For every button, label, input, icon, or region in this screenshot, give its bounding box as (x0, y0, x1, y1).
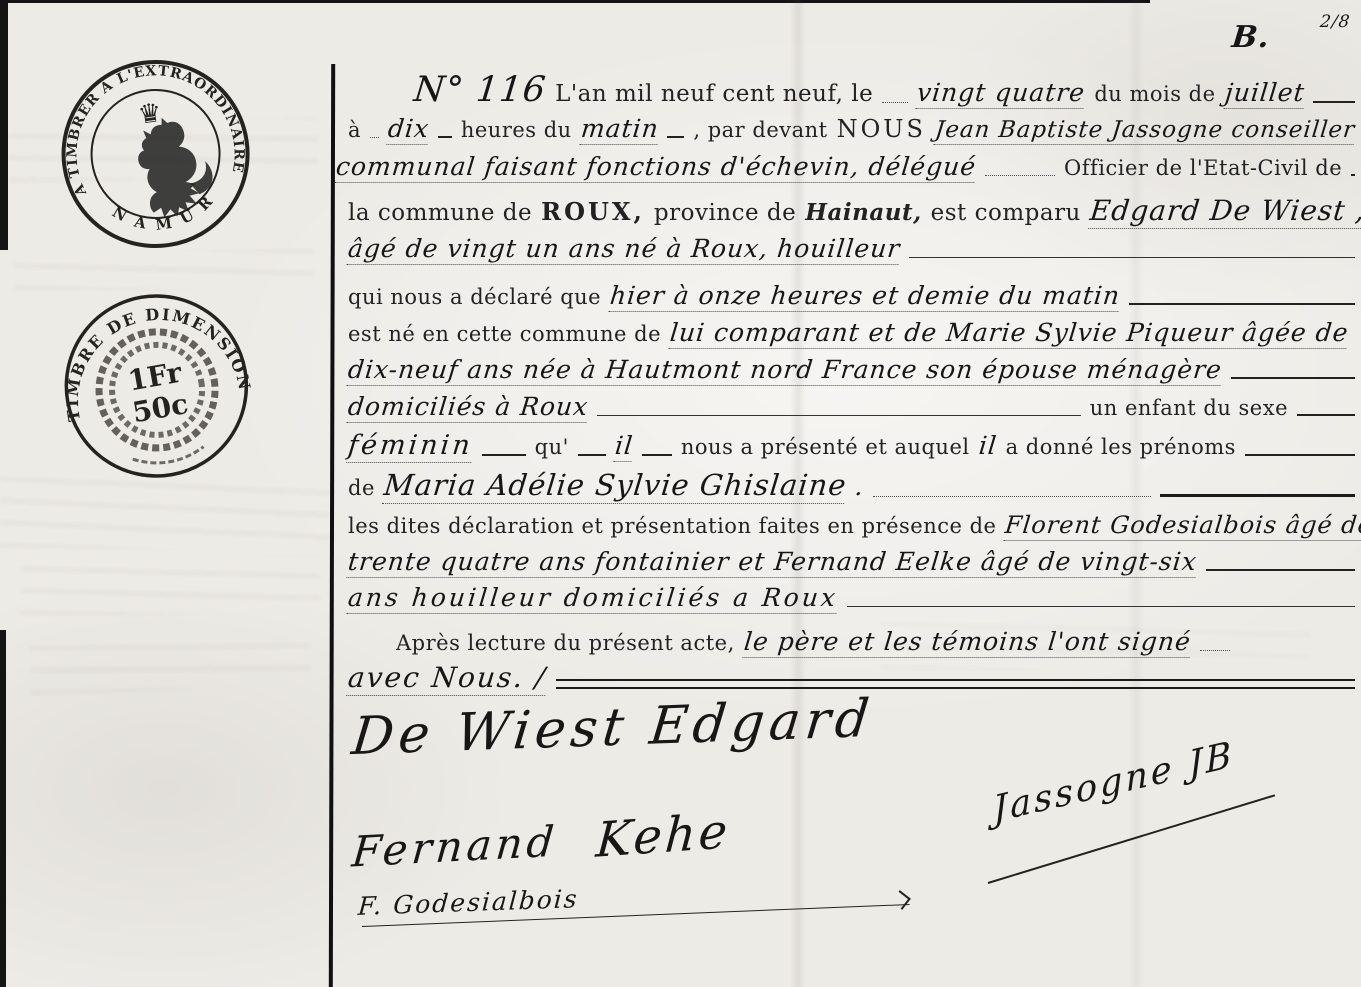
handwritten-time-of-day: matin (579, 114, 660, 145)
handwritten-parents: lui comparant et de Marie Sylvie Piqueur… (668, 318, 1350, 349)
rule-line (847, 604, 1355, 607)
act-line-10: féminin qu' il nous a présenté et auquel… (348, 430, 1355, 463)
rule-line (642, 452, 672, 456)
handwritten-mother-details: dix-neuf ans née à Hautmont nord France … (346, 355, 1223, 386)
handwritten-month: juillet (1223, 78, 1306, 109)
page-top-edge (0, 0, 1150, 3)
leader-line (370, 135, 379, 138)
signature-witness1-first: Fernand (350, 816, 560, 876)
extraordinaire-stamp: A TIMBRER A L'EXTRAORDINAIRE ( N A M U R… (42, 37, 268, 263)
act-line-15: Après lecture du présent acte, le père e… (348, 627, 1355, 658)
handwritten-period: . (854, 472, 866, 501)
act-line-8: dix-neuf ans née à Hautmont nord France … (348, 355, 1355, 386)
corner-annotation: B. (1230, 20, 1271, 55)
printed-text: un enfant du sexe (1090, 396, 1288, 420)
printed-nous: NOUS (837, 115, 926, 143)
dimension-stamp: TIMBRE DE DIMENSION 1Fr 50c (42, 270, 269, 497)
rule-line (1206, 567, 1355, 571)
printed-text: heures du (461, 118, 572, 142)
printed-text: à (348, 118, 361, 142)
printed-text: la commune de (348, 200, 532, 226)
rule-line (1231, 375, 1355, 379)
rule-line (667, 134, 684, 138)
handwritten-closing-2: avec Nous. / (346, 661, 548, 696)
leader-line (873, 494, 1151, 497)
rule-line (1160, 492, 1355, 497)
birth-act-scan: B. 2/8 A TIMBRER A L'EXTRAORDINAIRE ( N … (0, 0, 1361, 987)
handwritten-child-names: Maria Adélie Sylvie Ghislaine (382, 468, 848, 504)
printed-text: les dites déclaration et présentation fa… (348, 514, 996, 538)
act-line-13: trente quatre ans fontainier et Fernand … (348, 547, 1355, 578)
printed-text: de (348, 476, 375, 500)
handwritten-domicile: domiciliés à Roux (346, 392, 590, 423)
act-line-9: domiciliés à Roux un enfant du sexe (348, 392, 1355, 423)
printed-text: est né en cette commune de (348, 322, 661, 346)
bleed-through-smudge (0, 477, 331, 553)
corner-page-fraction: 2/8 (1319, 12, 1351, 32)
act-line-5: âgé de vingt un ans né à Roux, houilleur (348, 234, 1355, 265)
act-line-3: communal faisant fonctions d'échevin, dé… (336, 152, 1355, 183)
bleed-through-smudge (29, 635, 311, 695)
handwritten-hour: dix (386, 114, 430, 145)
signature-witness2: F. Godesialbois (357, 884, 580, 921)
printed-text: du mois de (1094, 82, 1215, 106)
printed-text: a donné les prénoms (1006, 435, 1236, 459)
handwritten-officer-name: Jean Baptiste Jassogne conseiller (933, 117, 1356, 145)
act-line-7: est né en cette commune de lui comparant… (348, 318, 1355, 349)
page-left-edge-bottom (0, 630, 6, 987)
handwritten-declarant-details: âgé de vingt un ans né à Roux, houilleur (346, 234, 902, 265)
rule-line (1297, 412, 1355, 416)
handwritten-witness2: trente quatre ans fontainier et Fernand … (346, 547, 1198, 578)
printed-text: L'an mil neuf cent neuf, le (555, 81, 873, 107)
printed-text: nous a présenté et auquel (681, 435, 970, 459)
handwritten-declarant-name: Edgard De Wiest , (1088, 194, 1361, 229)
rule-line (1129, 301, 1355, 305)
printed-province: Hainaut, (805, 199, 921, 226)
handwritten-pronoun: il (977, 431, 998, 460)
handwritten-birth-time: hier à onze heures et demie du matin (608, 281, 1121, 312)
leader-line (985, 173, 1055, 176)
rule-line (578, 452, 606, 456)
rule-line (597, 413, 1081, 416)
handwritten-closing: le père et les témoins l'ont signé (742, 627, 1192, 658)
act-line-12: les dites déclaration et présentation fa… (348, 511, 1355, 541)
act-line-2: à dix heures du matin , par devant NOUS … (348, 114, 1355, 145)
act-line-11: de Maria Adélie Sylvie Ghislaine . (348, 468, 1355, 504)
printed-commune: ROUX, (541, 197, 645, 226)
leader-line (1200, 648, 1230, 651)
printed-text: qui nous a déclaré que (348, 285, 601, 309)
printed-text: , par devant (693, 118, 827, 142)
handwritten-pronoun: il (613, 431, 634, 462)
act-line-1: N° 116 L'an mil neuf cent neuf, le vingt… (348, 70, 1355, 110)
signature-witness1-last: Kehe (594, 803, 732, 869)
handwritten-day: vingt quatre (916, 78, 1087, 109)
rule-line (909, 255, 1355, 258)
bleed-through-smudge (20, 555, 320, 615)
rule-line (1351, 172, 1355, 176)
printed-text: province de (654, 200, 796, 226)
rule-line (482, 452, 526, 456)
signature-witness2-flourish-tip (891, 890, 911, 910)
printed-text: est comparu (931, 200, 1081, 226)
printed-text: Officier de l'Etat-Civil de (1064, 156, 1342, 180)
rule-line (1313, 99, 1355, 103)
rule-line (438, 134, 452, 138)
act-line-6: qui nous a déclaré que hier à onze heure… (348, 281, 1355, 312)
handwritten-witness1: Florent Godesialbois âgé de (1004, 511, 1361, 541)
handwritten-sex: féminin (346, 430, 474, 463)
rule-line (556, 679, 1355, 689)
printed-text: Après lecture du présent acte, (396, 631, 735, 655)
printed-text: qu' (535, 435, 569, 459)
act-line-4: la commune de ROUX, province de Hainaut,… (348, 194, 1355, 229)
rule-line (1245, 452, 1355, 456)
act-number: N° 116 (412, 70, 548, 110)
act-line-14: ans houilleur domiciliés a Roux (348, 583, 1355, 614)
handwritten-officer-title: communal faisant fonctions d'échevin, dé… (334, 152, 977, 183)
handwritten-witness-domicile: ans houilleur domiciliés a Roux (346, 583, 839, 614)
leader-line (882, 100, 908, 103)
